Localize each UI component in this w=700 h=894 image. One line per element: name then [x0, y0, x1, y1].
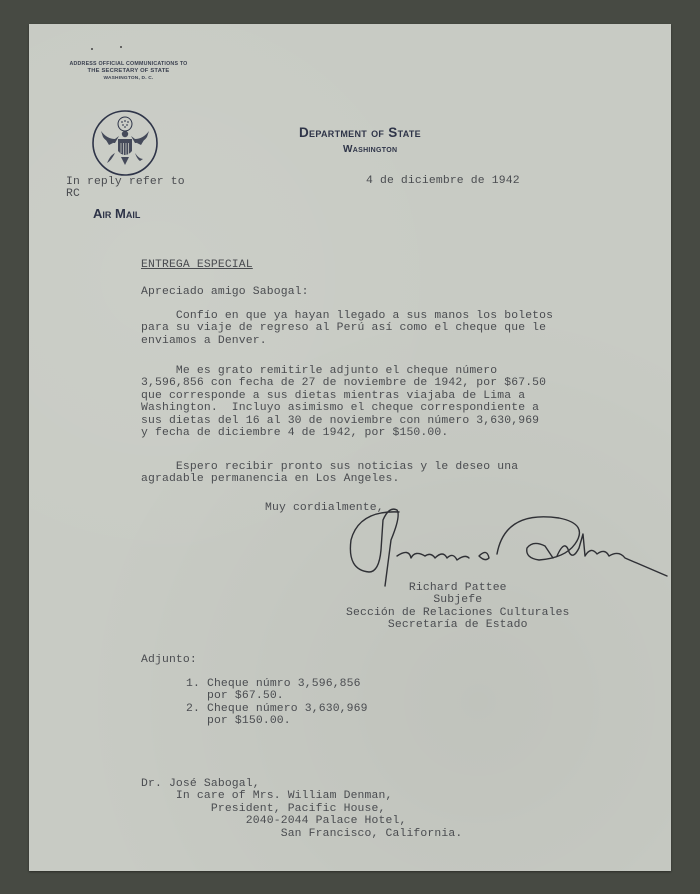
- reply-reference: In reply refer to RC: [66, 176, 185, 201]
- body-paragraph-2: Me es grato remitirle adjunto el cheque …: [141, 365, 546, 439]
- department-title: Department of State: [299, 125, 421, 140]
- signer-name: Richard Pattee: [409, 582, 507, 594]
- enclosures-label: Adjunto:: [141, 654, 197, 666]
- enclosures-list: 1. Cheque númro 3,596,856 por $67.50. 2.…: [186, 678, 368, 728]
- department-city: Washington: [343, 144, 397, 155]
- signer-section: Sección de Relaciones Culturales: [346, 607, 570, 619]
- letterhead-address-line-3: WASHINGTON, D. C.: [61, 76, 196, 81]
- letterhead-address-line-2: THE SECRETARY OF STATE: [61, 68, 196, 74]
- letter-page: ADDRESS OFFICIAL COMMUNICATIONS TO THE S…: [29, 24, 671, 871]
- signer-office: Secretaría de Estado: [388, 619, 528, 631]
- subject-line: ENTREGA ESPECIAL: [141, 259, 253, 271]
- paper-speck: [91, 48, 93, 50]
- handwritten-signature: [339, 500, 669, 588]
- letter-date: 4 de diciembre de 1942: [366, 175, 520, 187]
- recipient-address: Dr. José Sabogal, In care of Mrs. Willia…: [141, 778, 462, 840]
- signer-title: Subjefe: [433, 594, 482, 606]
- enclosure-item: 2. Cheque número 3,630,969 por $150.00.: [186, 703, 368, 727]
- great-seal-eagle-icon: [91, 109, 159, 177]
- paper-speck: [120, 46, 122, 48]
- letterhead-address-line-1: ADDRESS OFFICIAL COMMUNICATIONS TO: [61, 61, 196, 67]
- enclosure-item: 1. Cheque númro 3,596,856 por $67.50.: [186, 678, 361, 702]
- body-paragraph-3: Espero recibir pronto sus noticias y le …: [141, 461, 518, 486]
- body-paragraph-1: Confío en que ya hayan llegado a sus man…: [141, 310, 553, 347]
- salutation: Apreciado amigo Sabogal:: [141, 286, 309, 298]
- air-mail-label: Air Mail: [93, 206, 140, 221]
- signature-block: Richard Pattee Subjefe Sección de Relaci…: [346, 582, 570, 632]
